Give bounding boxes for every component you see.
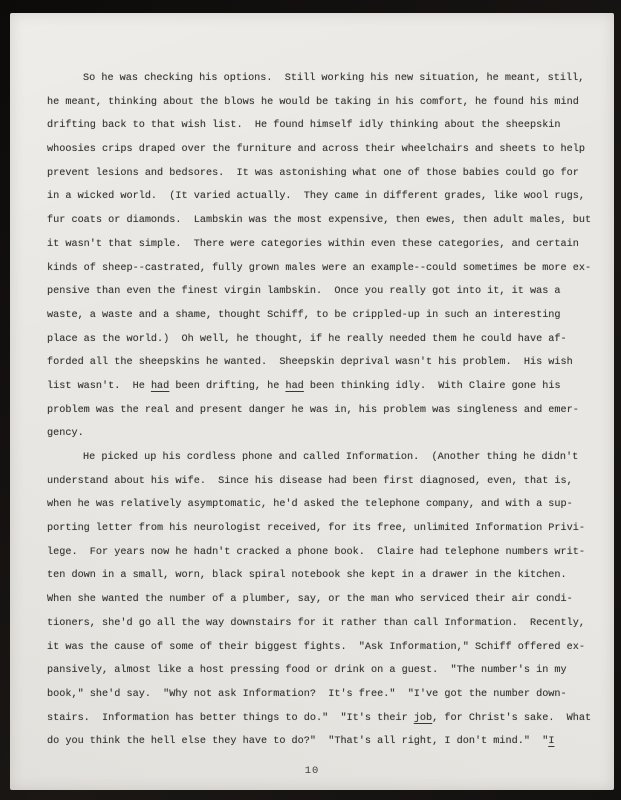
- text-line: list wasn't. He had been drifting, he ha…: [47, 375, 587, 399]
- text-line: waste, a waste and a shame, thought Schi…: [47, 304, 587, 328]
- text-line: lege. For years now he hadn't cracked a …: [47, 541, 587, 565]
- text-line: it wasn't that simple. There were catego…: [47, 233, 587, 257]
- text-line: stairs. Information has better things to…: [47, 707, 587, 731]
- text-line: prevent lesions and bedsores. It was ast…: [47, 162, 587, 186]
- text-line: book," she'd say. "Why not ask Informati…: [47, 683, 587, 707]
- underlined-word: had: [151, 381, 169, 392]
- text-line: do you think the hell else they have to …: [47, 730, 587, 754]
- text-line: pensive than even the finest virgin lamb…: [47, 280, 587, 304]
- body-text: So he was checking his options. Still wo…: [47, 67, 587, 754]
- text-line: gency.: [47, 422, 587, 446]
- text-line: ten down in a small, worn, black spiral …: [47, 564, 587, 588]
- text-line: forded all the sheepskins he wanted. She…: [47, 351, 587, 375]
- text-line: tioners, she'd go all the way downstairs…: [47, 612, 587, 636]
- underlined-word: job: [414, 713, 432, 724]
- text-line: pansively, almost like a host pressing f…: [47, 659, 587, 683]
- text-line: porting letter from his neurologist rece…: [47, 517, 587, 541]
- text-line: fur coats or diamonds. Lambskin was the …: [47, 209, 587, 233]
- text-line: it was the cause of some of their bigges…: [47, 636, 587, 660]
- text-line: When she wanted the number of a plumber,…: [47, 588, 587, 612]
- text-line: drifting back to that wish list. He foun…: [47, 114, 587, 138]
- text-line: He picked up his cordless phone and call…: [47, 446, 587, 470]
- text-line: when he was relatively asymptomatic, he'…: [47, 493, 587, 517]
- text-line: kinds of sheep--castrated, fully grown m…: [47, 257, 587, 281]
- text-line: understand about his wife. Since his dis…: [47, 470, 587, 494]
- manuscript-page: So he was checking his options. Still wo…: [10, 13, 614, 790]
- text-line: he meant, thinking about the blows he wo…: [47, 91, 587, 115]
- page-number: 10: [10, 765, 614, 777]
- underlined-word: I: [548, 736, 554, 747]
- underlined-word: had: [285, 381, 303, 392]
- text-line: place as the world.) Oh well, he thought…: [47, 328, 587, 352]
- text-line: problem was the real and present danger …: [47, 399, 587, 423]
- text-line: in a wicked world. (It varied actually. …: [47, 185, 587, 209]
- text-line: So he was checking his options. Still wo…: [47, 67, 587, 91]
- text-line: whoosies crips draped over the furniture…: [47, 138, 587, 162]
- scanned-page-background: So he was checking his options. Still wo…: [0, 0, 621, 800]
